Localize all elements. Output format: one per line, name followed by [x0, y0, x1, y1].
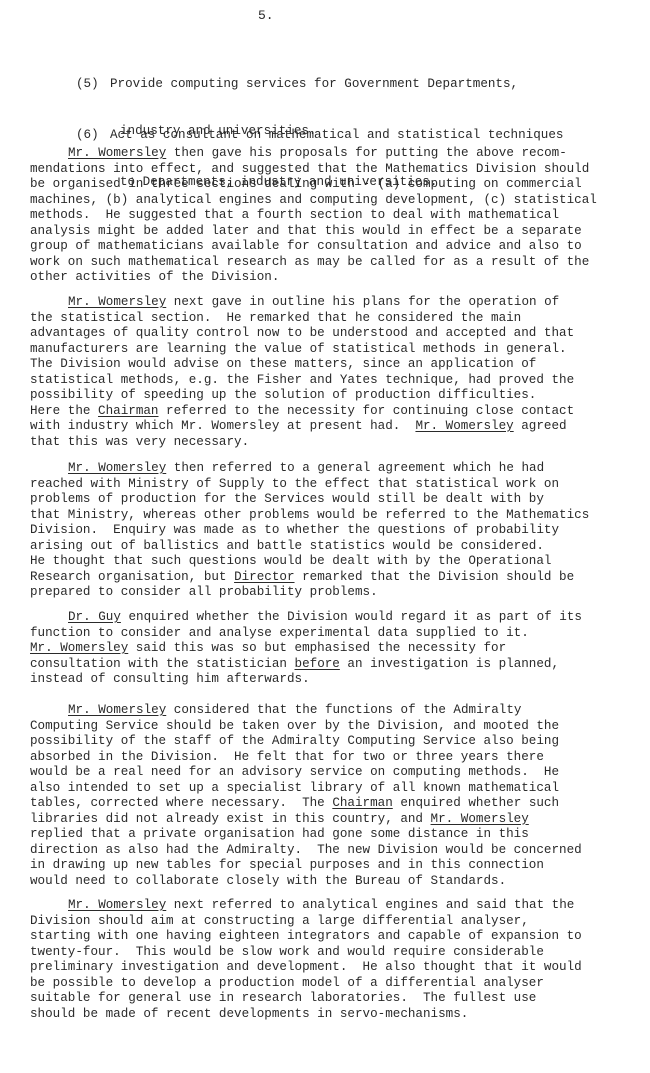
- text-line: that Ministry, whereas other problems wo…: [30, 508, 630, 524]
- text-line: He thought that such questions would be …: [30, 554, 630, 570]
- text-line: Dr. Guy enquired whether the Division wo…: [30, 610, 630, 626]
- text-line: Mr. Womersley next gave in outline his p…: [30, 295, 630, 311]
- text-line: manufacturers are learning the value of …: [30, 342, 630, 358]
- underlined-name: Chairman: [332, 796, 392, 810]
- text-line: direction as also had the Admiralty. The…: [30, 843, 630, 859]
- text-line: be organised in three sections dealing w…: [30, 177, 630, 193]
- text-line: replied that a private organisation had …: [30, 827, 630, 843]
- list-number: (5): [76, 77, 110, 93]
- text-line: also intended to set up a specialist lib…: [30, 781, 630, 797]
- text-line: reached with Ministry of Supply to the e…: [30, 477, 630, 493]
- text-line: should be made of recent developments in…: [30, 1007, 630, 1023]
- text-line: advantages of quality control now to be …: [30, 326, 630, 342]
- document-page: 5. (5)Provide computing services for Gov…: [0, 0, 650, 1073]
- text-line: be possible to develop a production mode…: [30, 976, 630, 992]
- text-line: prepared to consider all probability pro…: [30, 585, 630, 601]
- text-line: problems of production for the Services …: [30, 492, 630, 508]
- list-text: Act as consultant on mathematical and st…: [110, 128, 563, 142]
- text-line: group of mathematicians available for co…: [30, 239, 630, 255]
- text-line: in drawing up new tables for special pur…: [30, 858, 630, 874]
- text-line: statistical methods, e.g. the Fisher and…: [30, 373, 630, 389]
- text-line: Mr. Womersley then referred to a general…: [30, 461, 630, 477]
- paragraph: Mr. Womersley considered that the functi…: [30, 703, 630, 889]
- list-number: (6): [76, 128, 110, 144]
- underlined-name: Mr. Womersley: [68, 295, 166, 309]
- text-line: libraries did not already exist in this …: [30, 812, 630, 828]
- text-line: with industry which Mr. Womersley at pre…: [30, 419, 630, 435]
- text-line: starting with one having eighteen integr…: [30, 929, 630, 945]
- underlined-name: Director: [234, 570, 294, 584]
- paragraph: Mr. Womersley then referred to a general…: [30, 461, 630, 601]
- underlined-name: Mr. Womersley: [431, 812, 529, 826]
- text-line: possibility of speeding up the solution …: [30, 388, 630, 404]
- underlined-name: Dr. Guy: [68, 610, 121, 624]
- text-line: suitable for general use in research lab…: [30, 991, 630, 1007]
- text-line: instead of consulting him afterwards.: [30, 672, 630, 688]
- underlined-name: before: [295, 657, 340, 671]
- paragraph: Mr. Womersley next gave in outline his p…: [30, 295, 630, 450]
- page-number: 5.: [258, 8, 274, 23]
- text-line: mendations into effect, and suggested th…: [30, 162, 630, 178]
- underlined-name: Chairman: [98, 404, 158, 418]
- list-text: Provide computing services for Governmen…: [110, 77, 518, 91]
- underlined-name: Mr. Womersley: [415, 419, 513, 433]
- text-line: preliminary investigation and developmen…: [30, 960, 630, 976]
- text-line: methods. He suggested that a fourth sect…: [30, 208, 630, 224]
- text-line: the statistical section. He remarked tha…: [30, 311, 630, 327]
- text-line: function to consider and analyse experim…: [30, 626, 630, 642]
- text-line: machines, (b) analytical engines and com…: [30, 193, 630, 209]
- text-line: that this was very necessary.: [30, 435, 630, 451]
- text-line: Mr. Womersley considered that the functi…: [30, 703, 630, 719]
- text-line: Research organisation, but Director rema…: [30, 570, 630, 586]
- paragraph: Mr. Womersley then gave his proposals fo…: [30, 146, 630, 286]
- text-line: Division should aim at constructing a la…: [30, 914, 630, 930]
- text-line: analysis might be added later and that t…: [30, 224, 630, 240]
- underlined-name: Mr. Womersley: [68, 703, 166, 717]
- text-line: Here the Chairman referred to the necess…: [30, 404, 630, 420]
- paragraph: Mr. Womersley next referred to analytica…: [30, 898, 630, 1022]
- text-line: Mr. Womersley said this was so but empha…: [30, 641, 630, 657]
- text-line: twenty-four. This would be slow work and…: [30, 945, 630, 961]
- paragraph: Dr. Guy enquired whether the Division wo…: [30, 610, 630, 688]
- underlined-name: Mr. Womersley: [68, 461, 166, 475]
- text-line: work on such mathematical research as ma…: [30, 255, 630, 271]
- underlined-name: Mr. Womersley: [68, 898, 166, 912]
- text-line: The Division would advise on these matte…: [30, 357, 630, 373]
- text-line: absorbed in the Division. He felt that f…: [30, 750, 630, 766]
- underlined-name: Mr. Womersley: [30, 641, 128, 655]
- text-line: other activities of the Division.: [30, 270, 630, 286]
- text-line: consultation with the statistician befor…: [30, 657, 630, 673]
- text-line: arising out of ballistics and battle sta…: [30, 539, 630, 555]
- text-line: would need to collaborate closely with t…: [30, 874, 630, 890]
- underlined-name: Mr. Womersley: [68, 146, 166, 160]
- text-line: Mr. Womersley next referred to analytica…: [30, 898, 630, 914]
- text-line: Computing Service should be taken over b…: [30, 719, 630, 735]
- text-line: tables, corrected where necessary. The C…: [30, 796, 630, 812]
- text-line: Division. Enquiry was made as to whether…: [30, 523, 630, 539]
- text-line: would be a real need for an advisory ser…: [30, 765, 630, 781]
- text-line: Mr. Womersley then gave his proposals fo…: [30, 146, 630, 162]
- text-line: possibility of the staff of the Admiralt…: [30, 734, 630, 750]
